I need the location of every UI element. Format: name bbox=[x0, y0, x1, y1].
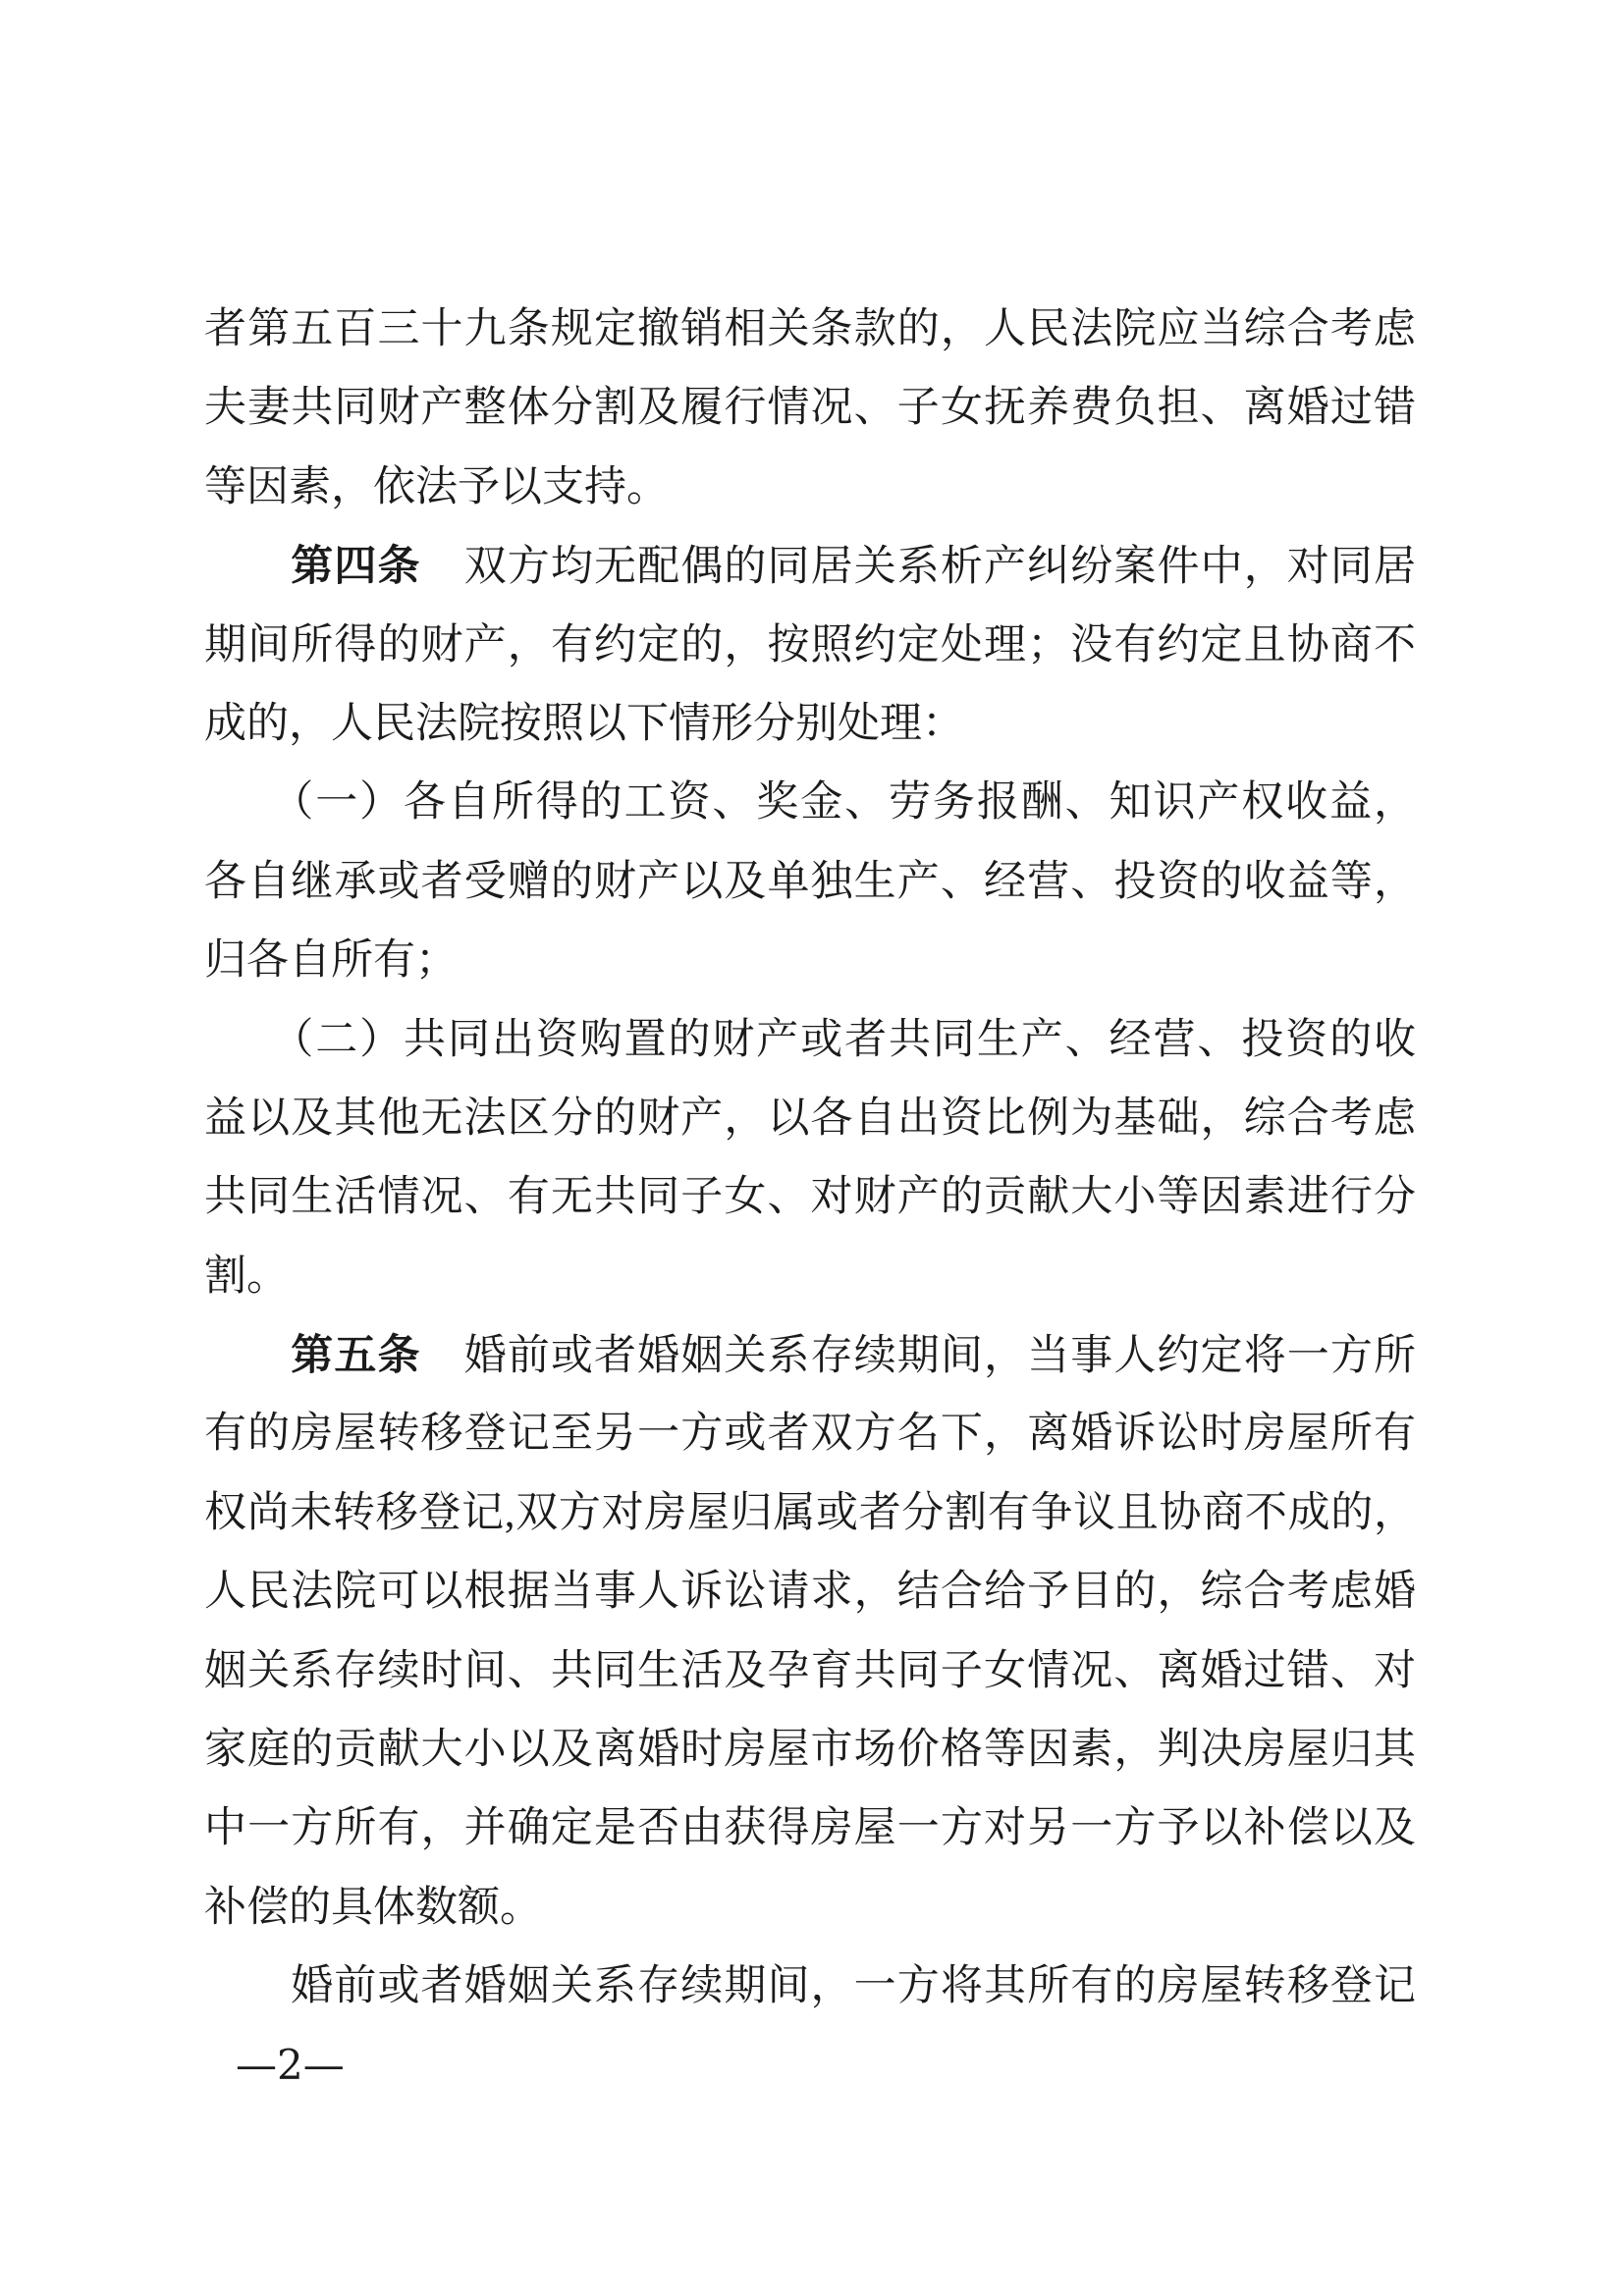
text-line: 婚前或者婚姻关系存续期间，一方将其所有的房屋转移登记 bbox=[204, 1948, 1416, 2026]
text-segment: 等因素，依法予以支持。 bbox=[204, 464, 669, 510]
text-line: 姻关系存续时间、共同生活及孕育共同子女情况、离婚过错、对 bbox=[204, 1632, 1416, 1711]
text-segment: 人民法院可以根据当事人诉讼请求，结合给予目的，综合考虑婚 bbox=[204, 1569, 1416, 1615]
text-line: 权尚未转移登记,双方对房屋归属或者分割有争议且协商不成的， bbox=[204, 1474, 1416, 1553]
text-segment: 婚前或者婚姻关系存续期间，当事人约定将一方所 bbox=[421, 1333, 1416, 1379]
text-segment: 夫妻共同财产整体分割及履行情况、子女抚养费负担、离婚过错 bbox=[204, 385, 1416, 431]
text-line: 益以及其他无法区分的财产，以各自出资比例为基础，综合考虑 bbox=[204, 1080, 1416, 1158]
text-segment: 双方均无配偶的同居关系析产纠纷案件中，对同居 bbox=[421, 544, 1416, 590]
text-segment: 各自继承或者受赠的财产以及单独生产、经营、投资的收益等， bbox=[204, 859, 1416, 905]
text-segment: 姻关系存续时间、共同生活及孕育共同子女情况、离婚过错、对 bbox=[204, 1648, 1416, 1694]
text-line: 有的房屋转移登记至另一方或者双方名下，离婚诉讼时房屋所有 bbox=[204, 1395, 1416, 1473]
text-line: 归各自所有； bbox=[204, 922, 1416, 1000]
text-segment: 婚前或者婚姻关系存续期间，一方将其所有的房屋转移登记 bbox=[204, 1963, 1416, 2009]
text-line: 期间所得的财产，有约定的，按照约定处理；没有约定且协商不 bbox=[204, 607, 1416, 685]
text-line: 者第五百三十九条规定撤销相关条款的，人民法院应当综合考虑 bbox=[204, 291, 1416, 369]
text-segment: 补偿的具体数额。 bbox=[204, 1885, 542, 1931]
text-segment: 者第五百三十九条规定撤销相关条款的，人民法院应当综合考虑 bbox=[204, 306, 1416, 352]
text-line: 第五条 婚前或者婚姻关系存续期间，当事人约定将一方所 bbox=[204, 1316, 1416, 1395]
text-line: （一）各自所得的工资、奖金、劳务报酬、知识产权收益， bbox=[204, 764, 1416, 842]
text-segment: 权尚未转移登记,双方对房屋归属或者分割有争议且协商不成的， bbox=[204, 1490, 1416, 1536]
article-number: 第五条 bbox=[291, 1332, 420, 1379]
text-line: 人民法院可以根据当事人诉讼请求，结合给予目的，综合考虑婚 bbox=[204, 1553, 1416, 1631]
text-line: （二）共同出资购置的财产或者共同生产、经营、投资的收 bbox=[204, 1001, 1416, 1080]
document-body: 者第五百三十九条规定撤销相关条款的，人民法院应当综合考虑夫妻共同财产整体分割及履… bbox=[204, 291, 1416, 2027]
text-segment bbox=[204, 1333, 291, 1379]
text-segment: 中一方所有，并确定是否由获得房屋一方对另一方予以补偿以及 bbox=[204, 1805, 1416, 1851]
text-segment: 割。 bbox=[204, 1254, 289, 1300]
text-segment bbox=[204, 544, 291, 590]
document-page: { "document": { "colors": { "text": "#1b… bbox=[0, 0, 1624, 2296]
text-segment: 期间所得的财产，有约定的，按照约定处理；没有约定且协商不 bbox=[204, 622, 1416, 668]
text-segment: 成的，人民法院按照以下情形分别处理： bbox=[204, 701, 964, 747]
text-line: 夫妻共同财产整体分割及履行情况、子女抚养费负担、离婚过错 bbox=[204, 369, 1416, 448]
text-segment: （二）共同出资购置的财产或者共同生产、经营、投资的收 bbox=[204, 1017, 1416, 1063]
text-line: 家庭的贡献大小以及离婚时房屋市场价格等因素，判决房屋归其 bbox=[204, 1711, 1416, 1789]
text-line: 补偿的具体数额。 bbox=[204, 1869, 1416, 1948]
text-line: 中一方所有，并确定是否由获得房屋一方对另一方予以补偿以及 bbox=[204, 1789, 1416, 1868]
text-line: 等因素，依法予以支持。 bbox=[204, 449, 1416, 527]
text-segment: 共同生活情况、有无共同子女、对财产的贡献大小等因素进行分 bbox=[204, 1174, 1416, 1220]
text-segment: 有的房屋转移登记至另一方或者双方名下，离婚诉讼时房屋所有 bbox=[204, 1411, 1416, 1457]
text-line: 第四条 双方均无配偶的同居关系析产纠纷案件中，对同居 bbox=[204, 527, 1416, 606]
text-segment: 归各自所有； bbox=[204, 937, 458, 984]
page-number: —2— bbox=[236, 2042, 345, 2089]
text-line: 割。 bbox=[204, 1238, 1416, 1316]
text-line: 各自继承或者受赠的财产以及单独生产、经营、投资的收益等， bbox=[204, 843, 1416, 922]
text-segment: 家庭的贡献大小以及离婚时房屋市场价格等因素，判决房屋归其 bbox=[204, 1727, 1416, 1773]
text-segment: 益以及其他无法区分的财产，以各自出资比例为基础，综合考虑 bbox=[204, 1095, 1416, 1142]
text-line: 成的，人民法院按照以下情形分别处理： bbox=[204, 685, 1416, 764]
text-segment: （一）各自所得的工资、奖金、劳务报酬、知识产权收益， bbox=[204, 779, 1416, 826]
article-number: 第四条 bbox=[291, 543, 420, 590]
text-line: 共同生活情况、有无共同子女、对财产的贡献大小等因素进行分 bbox=[204, 1158, 1416, 1237]
